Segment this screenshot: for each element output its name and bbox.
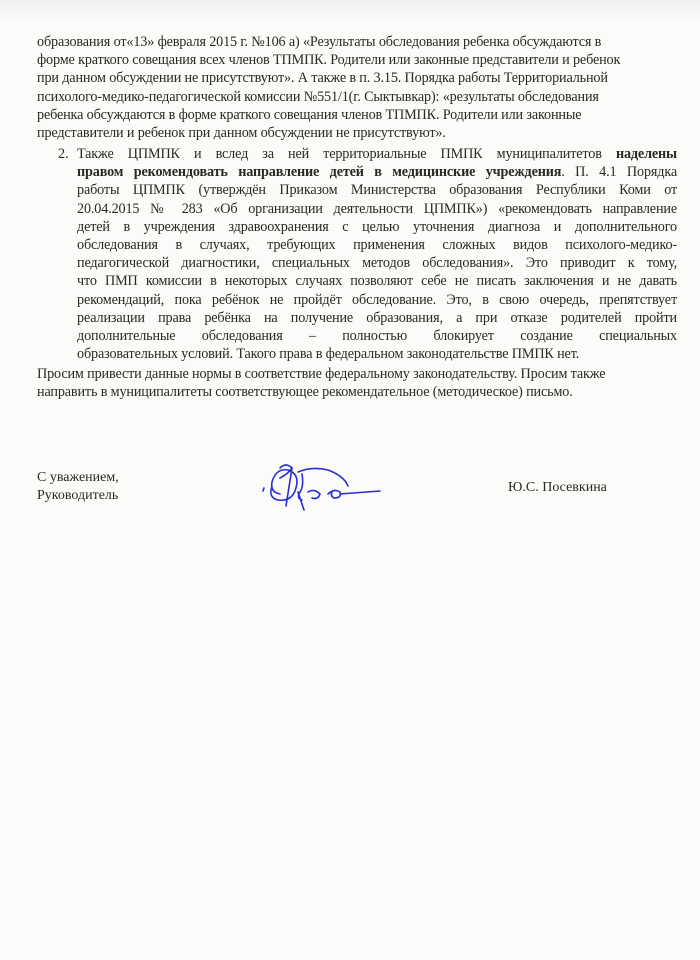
plain-text: Также ЦПМПК и вслед за ней территориальн…: [77, 146, 616, 162]
closing-block: С уважением, Руководитель: [37, 469, 119, 505]
text-line: Просим привести данные нормы в соответст…: [37, 365, 677, 383]
text-line: психолого-медико-педагогической комиссии…: [37, 88, 677, 106]
text-line: правом рекомендовать направление детей в…: [77, 163, 677, 181]
text-line: работы ЦПМПК (утверждён Приказом Министе…: [77, 181, 677, 199]
paragraph-3: Просим привести данные нормы в соответст…: [37, 365, 677, 401]
text-line: направить в муниципалитеты соответствующ…: [37, 383, 677, 401]
position-title: Руководитель: [37, 487, 119, 505]
paragraph-2: Также ЦПМПК и вслед за ней территориальн…: [77, 145, 677, 363]
text-line: ребенка обсуждаются в форме краткого сов…: [37, 106, 677, 124]
text-line: рекомендаций, пока ребёнок не пройдёт об…: [77, 291, 677, 309]
text-line: что ПМП комиссии в некоторых случаях поз…: [77, 272, 677, 290]
regards-text: С уважением,: [37, 469, 119, 487]
signatory-name: Ю.С. Посевкина: [508, 479, 607, 497]
text-line: представители и ребенок при данном обсуж…: [37, 124, 677, 142]
paragraph-1: образования от«13» февраля 2015 г. №106 …: [37, 33, 677, 142]
list-number: 2.: [58, 145, 69, 163]
text-line: дополнительные обследования – полностью …: [77, 327, 677, 345]
text-line: обследования в случаях, требующих примен…: [77, 236, 677, 254]
text-line: образования от«13» февраля 2015 г. №106 …: [37, 33, 677, 51]
text-line: детей в учреждения здравоохранения с цел…: [77, 218, 677, 236]
text-line: при данном обсуждении не присутствуют». …: [37, 69, 677, 87]
bold-text: правом рекомендовать направление детей в…: [77, 164, 561, 180]
text-line: форме краткого совещания всех членов ТПМ…: [37, 51, 677, 69]
plain-text: . П. 4.1 Порядка: [561, 164, 677, 180]
text-line: Также ЦПМПК и вслед за ней территориальн…: [77, 145, 677, 163]
text-line: 20.04.2015 № 283 «Об организации деятель…: [77, 200, 677, 218]
text-line: образовательных условий. Такого права в …: [77, 345, 677, 363]
text-line: педагогической диагностики, специальных …: [77, 254, 677, 272]
signature-icon: [258, 458, 388, 514]
bold-text: наделены: [616, 146, 677, 162]
text-line: реализации права ребёнка на получение об…: [77, 309, 677, 327]
scan-edge: [0, 0, 700, 22]
